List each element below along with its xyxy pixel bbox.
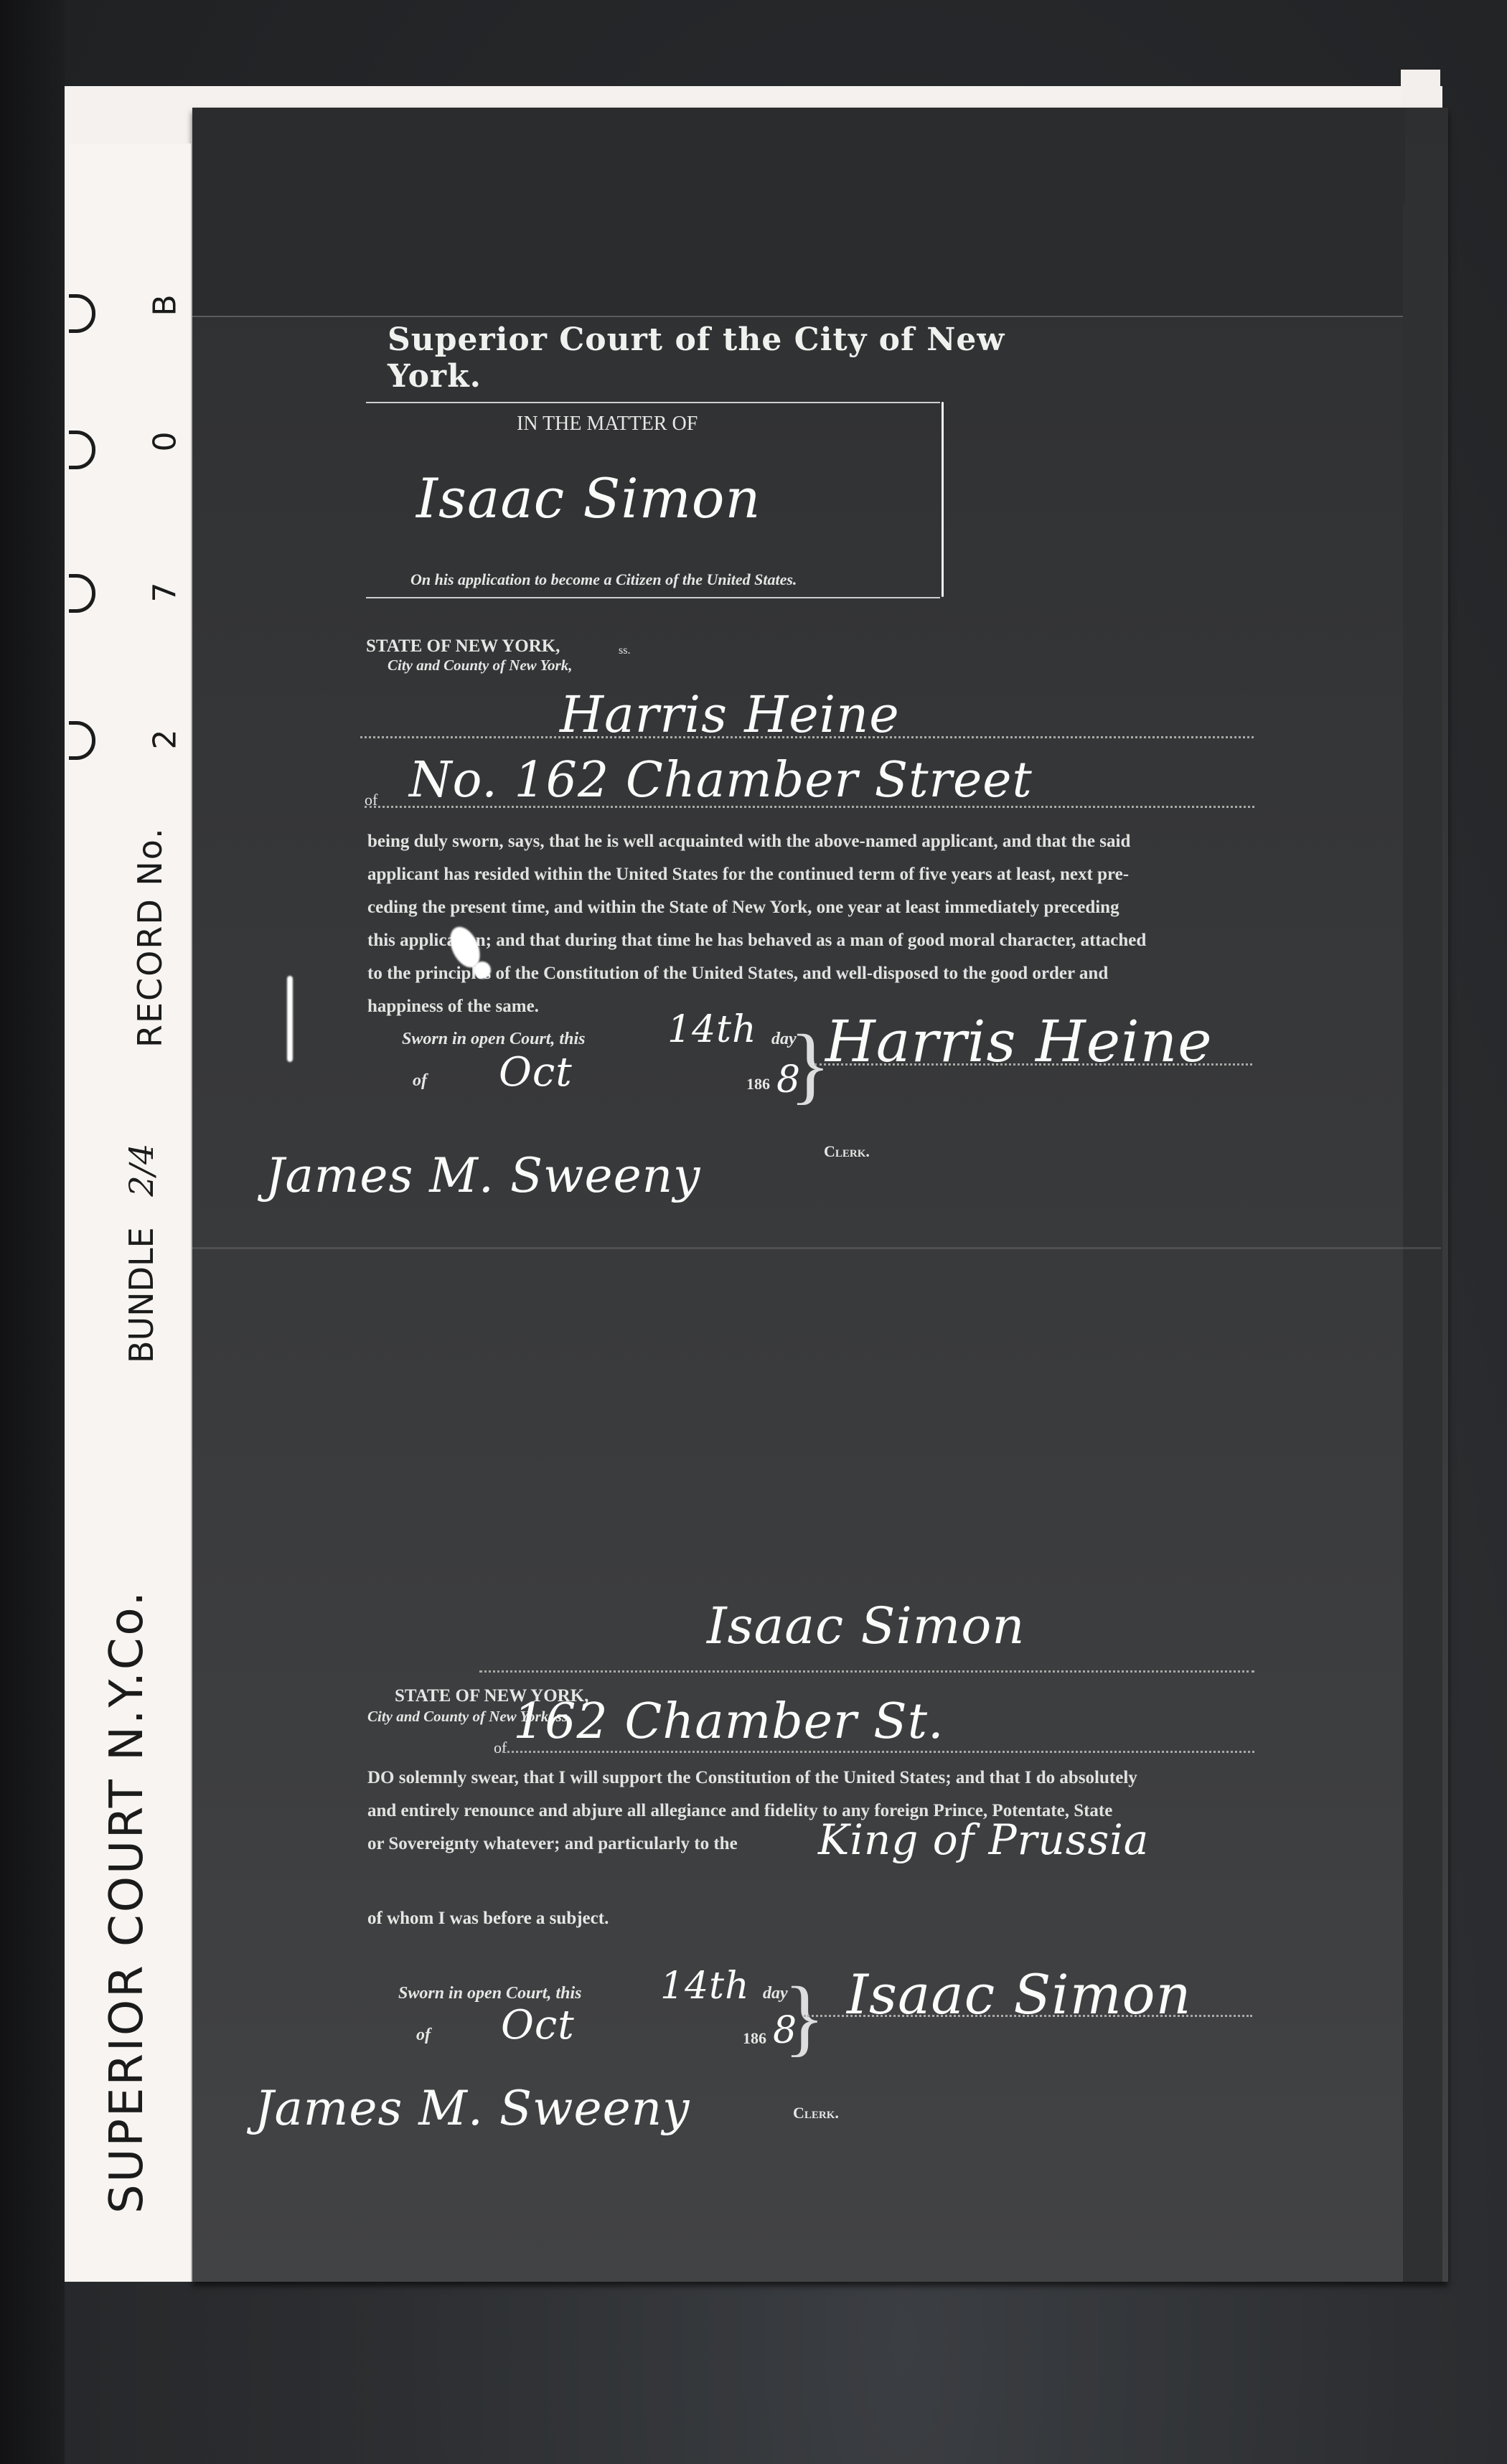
matter-heading: IN THE MATTER OF: [517, 413, 698, 436]
affidavit-line: this application; and that during that t…: [367, 924, 1250, 957]
ss-label: ss.: [619, 644, 630, 657]
witness-name-line: [360, 736, 1254, 738]
of-month-label: of: [413, 1071, 427, 1091]
oath-brace: }: [784, 1967, 825, 2066]
matter-subheading: On his application to become a Citizen o…: [410, 570, 797, 589]
witness-name: Harris Heine: [560, 685, 900, 744]
bundle-label: BUNDLE 2/4: [122, 1144, 161, 1363]
year-prefix: 186: [746, 1075, 770, 1094]
county-label: City and County of New York,: [388, 657, 572, 674]
subject-line: of whom I was before a subject.: [367, 1909, 609, 1929]
sworn-month: Oct: [499, 1049, 573, 1096]
oath-year-prefix: 186: [743, 2029, 766, 2048]
affidavit-line: applicant has resided within the United …: [367, 858, 1250, 891]
clerk-signature: James M. Sweeny: [266, 1148, 700, 1203]
affidavit-line: being duly sworn, says, that he is well …: [367, 825, 1250, 858]
court-stamp: SUPERIOR COURT N.Y.Co.: [100, 1589, 154, 2214]
court-title: Superior Court of the City of New York.: [388, 321, 1048, 395]
matter-applicant-name: Isaac Simon: [416, 466, 761, 530]
bundle-label-text: BUNDLE: [122, 1227, 161, 1363]
oath-name-line: [479, 1670, 1254, 1673]
record-digit: 7: [147, 571, 184, 614]
fold-line: [192, 1247, 1441, 1249]
background-edge: [0, 0, 65, 2464]
affidavit-line: to the principles of the Constitution of…: [367, 957, 1250, 990]
oath-of-month-label: of: [416, 2026, 431, 2045]
oath-sworn-label: Sworn in open Court, this: [398, 1984, 581, 2003]
witness-address: No. 162 Chamber Street: [409, 752, 1033, 809]
sworn-label: Sworn in open Court, this: [402, 1030, 585, 1049]
page-right-edge: [1403, 203, 1442, 2282]
signature-line: [814, 1063, 1252, 1066]
oath-sworn-day: 14th: [660, 1965, 750, 2008]
witness-address-line: [365, 806, 1254, 808]
clerk-label: Clerk.: [824, 1142, 870, 1161]
ink-blot: [474, 961, 491, 979]
oath-address-line: [502, 1751, 1254, 1753]
ink-blot: [287, 976, 293, 1062]
oath-sworn-month: Oct: [501, 2002, 575, 2049]
record-digit: 0: [147, 420, 184, 464]
oath-applicant-name: Isaac Simon: [707, 1597, 1025, 1655]
state-label: STATE OF NEW YORK,: [366, 636, 560, 657]
oath-of-label: of: [494, 1739, 507, 1757]
page-top-fold: [192, 108, 1405, 317]
affidavit-line: ceding the present time, and within the …: [367, 891, 1250, 924]
sworn-day: 14th: [667, 1008, 757, 1051]
record-number-label: RECORD No.: [131, 827, 169, 1048]
record-digit: B: [147, 284, 184, 327]
oath-line: DO solemnly swear, that I will support t…: [367, 1762, 1250, 1795]
record-digit: 2: [147, 718, 184, 761]
bracket-right: [942, 402, 944, 597]
sovereign: King of Prussia: [818, 1815, 1149, 1864]
oath-address: 162 Chamber St.: [513, 1693, 944, 1750]
oath-clerk-label: Clerk.: [793, 2104, 839, 2122]
affidavit-body: being duly sworn, says, that he is well …: [367, 825, 1250, 1023]
oath-signature-line: [804, 2015, 1252, 2017]
bundle-number: 2/4: [122, 1144, 161, 1197]
oath-clerk-signature: James M. Sweeny: [255, 2081, 690, 2136]
